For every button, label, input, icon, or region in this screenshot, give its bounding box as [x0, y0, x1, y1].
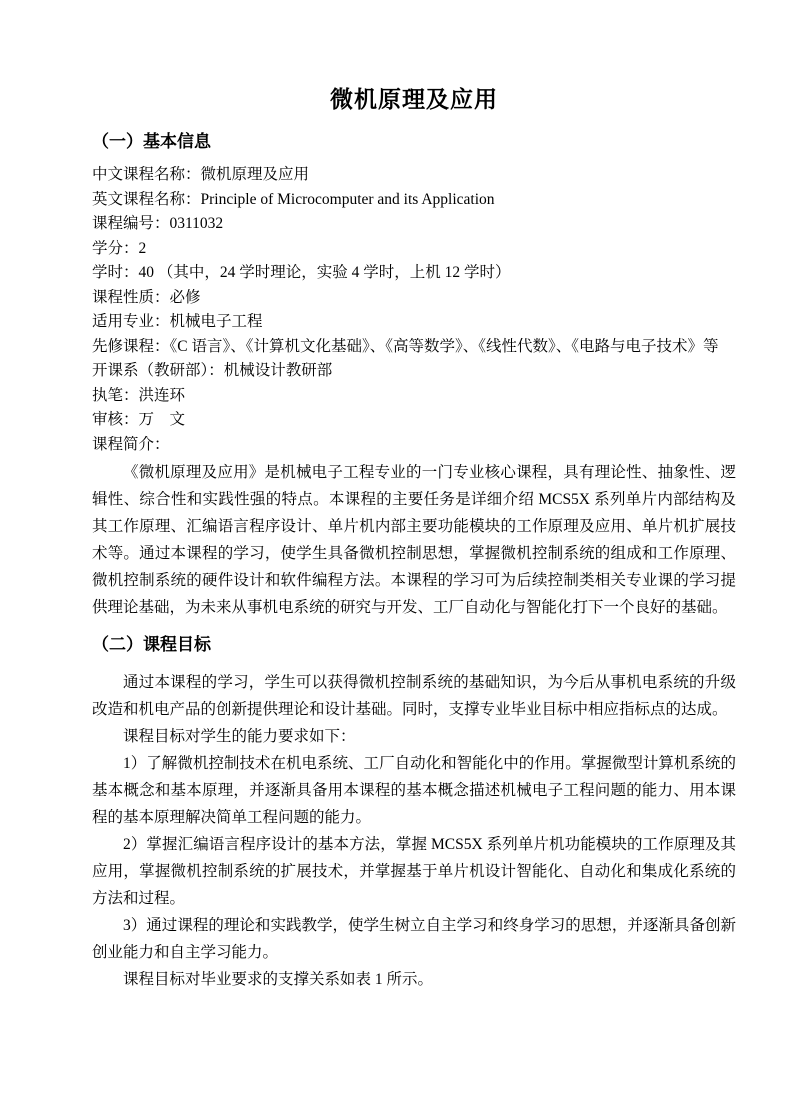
course-intro-paragraph: 《微机原理及应用》是机械电子工程专业的一门专业核心课程，具有理论性、抽象性、逻辑… — [92, 459, 736, 621]
table-reference-paragraph: 课程目标对毕业要求的支撑关系如表 1 所示。 — [92, 966, 736, 993]
info-line-english-course-name: 英文课程名称：Principle of Microcomputer and it… — [92, 188, 736, 213]
info-line-prerequisites: 先修课程：《C 语言》、《计算机文化基础》、《高等数学》、《线性代数》、《电路与… — [92, 335, 736, 360]
objectives-overview-paragraph: 通过本课程的学习，学生可以获得微机控制系统的基础知识，为今后从事机电系统的升级改… — [92, 669, 736, 723]
objective-item-1: 1）了解微机控制技术在机电系统、工厂自动化和智能化中的作用。掌握微型计算机系统的… — [92, 750, 736, 831]
info-line-course-intro-label: 课程简介： — [92, 433, 736, 458]
section-heading-basic-info: （一）基本信息 — [92, 131, 736, 153]
basic-info-list: 中文课程名称：微机原理及应用 英文课程名称：Principle of Micro… — [92, 163, 736, 457]
objective-item-3: 3）通过课程的理论和实践教学，使学生树立自主学习和终身学习的思想，并逐渐具备创新… — [92, 912, 736, 966]
document-title: 微机原理及应用 — [92, 84, 736, 114]
section-heading-course-objectives: （二）课程目标 — [92, 634, 736, 656]
info-line-author: 执笔：洪连环 — [92, 384, 736, 409]
info-line-reviewer: 审核：万 文 — [92, 408, 736, 433]
objectives-requirements-intro: 课程目标对学生的能力要求如下： — [92, 723, 736, 750]
objective-item-2: 2）掌握汇编语言程序设计的基本方法，掌握 MCS5X 系列单片机功能模块的工作原… — [92, 831, 736, 912]
info-line-chinese-course-name: 中文课程名称：微机原理及应用 — [92, 163, 736, 188]
info-line-offering-department: 开课系（教研部）：机械设计教研部 — [92, 359, 736, 384]
info-line-credits: 学分：2 — [92, 237, 736, 262]
course-objectives-body: 通过本课程的学习，学生可以获得微机控制系统的基础知识，为今后从事机电系统的升级改… — [92, 669, 736, 993]
info-line-applicable-major: 适用专业：机械电子工程 — [92, 310, 736, 335]
document-page: 微机原理及应用 （一）基本信息 中文课程名称：微机原理及应用 英文课程名称：Pr… — [0, 0, 794, 1108]
info-line-course-nature: 课程性质：必修 — [92, 286, 736, 311]
info-line-class-hours: 学时：40 （其中，24 学时理论，实验 4 学时，上机 12 学时） — [92, 261, 736, 286]
info-line-course-code: 课程编号：0311032 — [92, 212, 736, 237]
